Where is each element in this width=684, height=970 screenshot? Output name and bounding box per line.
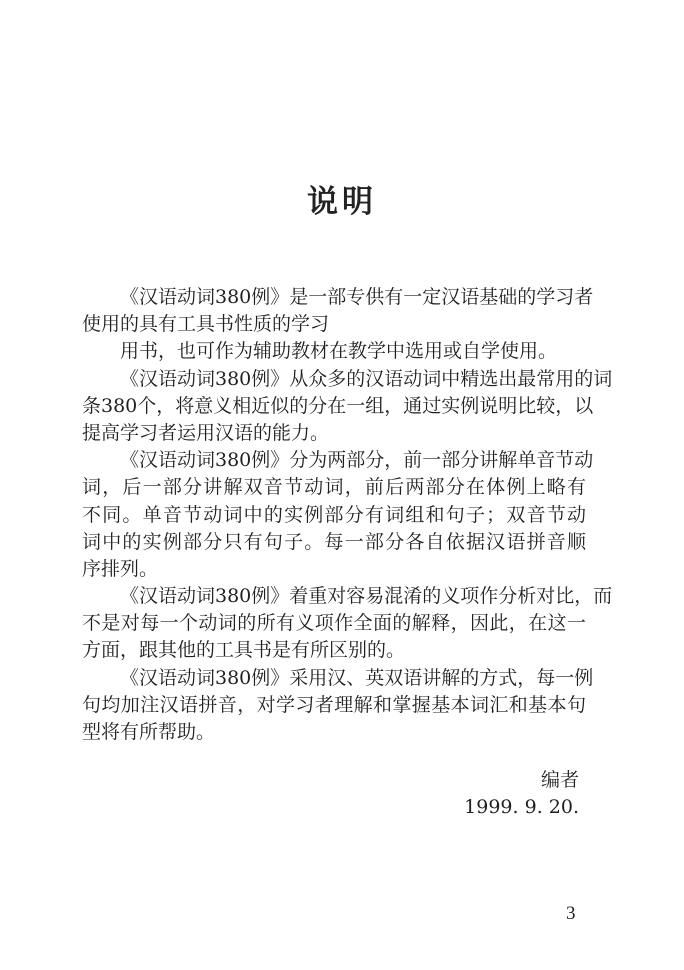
paragraph-3-line-1: 《汉语动词380例》分为两部分，前一部分讲解单音节动 [82,447,586,474]
paragraph-1-line-2: 使用的具有工具书性质的学习 [82,311,586,338]
date: 1999. 9. 20. [400,794,579,821]
paragraph-1-line-1: 《汉语动词380例》是一部专供有一定汉语基础的学习者 [82,284,586,311]
paragraph-2-line-2: 条380个，将意义相近似的分在一组，通过实例说明比较，以 [82,393,586,420]
paragraph-2-line-1: 《汉语动词380例》从众多的汉语动词中精选出最常用的词 [82,366,586,393]
paragraph-5-line-2: 句均加注汉语拼音，对学习者理解和掌握基本词汇和基本句 [82,692,586,719]
paragraph-3-line-4: 词中的实例部分只有句子。每一部分各自依据汉语拼音顺 [82,529,586,556]
paragraph-4-line-1: 《汉语动词380例》着重对容易混淆的义项作分析对比，而 [82,583,586,610]
paragraph-5-line-3: 型将有所帮助。 [82,719,586,746]
paragraph-1-line-3: 用书，也可作为辅助教材在教学中选用或自学使用。 [82,338,586,365]
author-credit: 编者 [400,767,579,794]
paragraph-3-line-5: 序排列。 [82,556,586,583]
paragraph-3-line-2: 词，后一部分讲解双音节动词，前后两部分在体例上略有 [82,474,586,501]
page-number: 3 [566,903,576,925]
page-title: 说明 [0,176,684,221]
paragraph-5-line-1: 《汉语动词380例》采用汉、英双语讲解的方式，每一例 [82,665,586,692]
paragraph-4-line-2: 不是对每一个动词的所有义项作全面的解释，因此，在这一 [82,610,586,637]
paragraph-4-line-3: 方面，跟其他的工具书是有所区别的。 [82,637,586,664]
body-text: 《汉语动词380例》是一部专供有一定汉语基础的学习者 使用的具有工具书性质的学习… [82,284,586,746]
signature-block: 编者 1999. 9. 20. [400,767,579,821]
paragraph-2-line-3: 提高学习者运用汉语的能力。 [82,420,586,447]
paragraph-3-line-3: 不同。单音节动词中的实例部分有词组和句子；双音节动 [82,502,586,529]
